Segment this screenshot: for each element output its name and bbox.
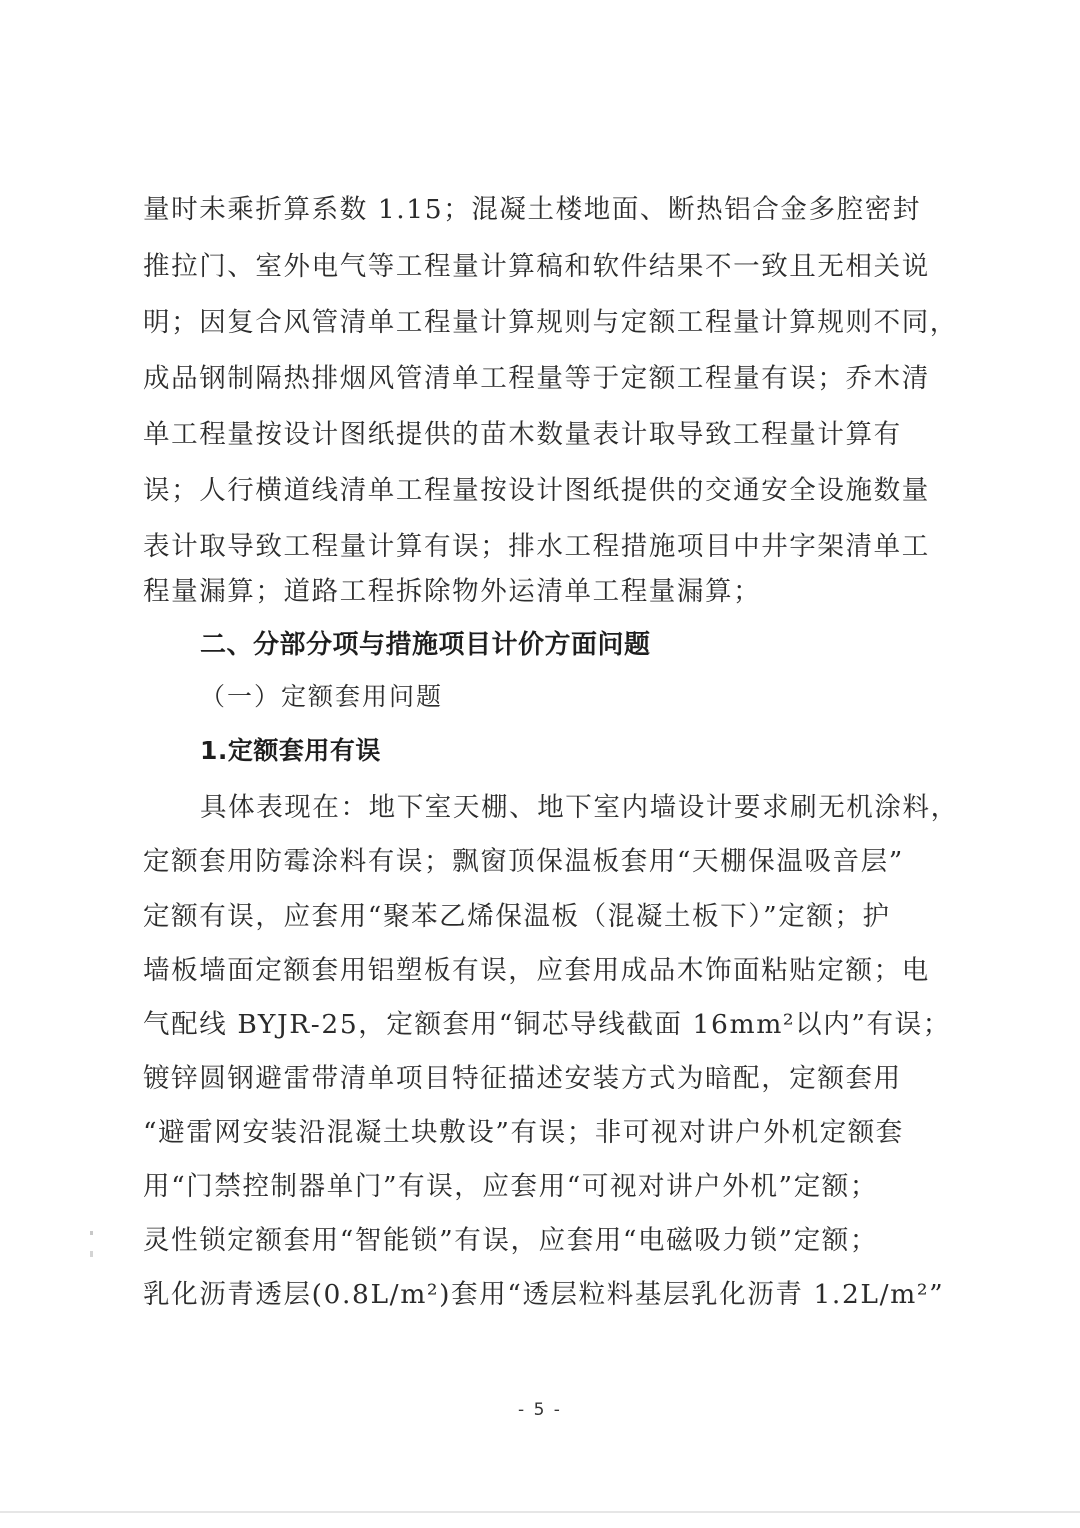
scan-artifact <box>90 1251 93 1257</box>
section-heading: 二、分部分项与措施项目计价方面问题 <box>200 618 651 672</box>
paragraph-1-line-5: 单工程量按设计图纸提供的苗木数量表计取导致工程量计算有 <box>143 408 943 462</box>
paragraph-2-line-3: 定额有误，应套用“聚苯乙烯保温板（混凝土板下）”定额；护 <box>143 890 943 944</box>
paragraph-2-line-4: 墙板墙面定额套用铝塑板有误，应套用成品木饰面粘贴定额；电 <box>143 944 943 998</box>
page-bottom-edge <box>0 1511 1080 1513</box>
paragraph-2-line-7: “避雷网安装沿混凝土块敷设”有误；非可视对讲户外机定额套 <box>143 1106 943 1160</box>
subsection-heading: （一）定额套用问题 <box>200 670 443 724</box>
paragraph-2-line-1: 具体表现在：地下室天棚、地下室内墙设计要求刷无机涂料， <box>200 781 945 835</box>
item-heading: 1.定额套用有误 <box>200 724 381 778</box>
paragraph-1-line-3: 明；因复合风管清单工程量计算规则与定额工程量计算规则不同， <box>143 296 943 350</box>
paragraph-2-line-2: 定额套用防霉涂料有误；飘窗顶保温板套用“天棚保温吸音层” <box>143 835 943 889</box>
paragraph-1-line-4: 成品钢制隔热排烟风管清单工程量等于定额工程量有误；乔木清 <box>143 352 943 406</box>
scan-artifact <box>90 1231 93 1235</box>
paragraph-1-line-2: 推拉门、室外电气等工程量计算稿和软件结果不一致且无相关说 <box>143 240 943 294</box>
paragraph-1-line-1: 量时未乘折算系数 1.15；混凝土楼地面、断热铝合金多腔密封 <box>143 183 943 237</box>
paragraph-2-line-5: 气配线 BYJR-25，定额套用“铜芯导线截面 16mm²以内”有误； <box>143 998 943 1052</box>
paragraph-1-line-8: 程量漏算；道路工程拆除物外运清单工程量漏算； <box>143 565 943 619</box>
document-page: 量时未乘折算系数 1.15；混凝土楼地面、断热铝合金多腔密封 推拉门、室外电气等… <box>0 0 1080 1528</box>
paragraph-2-line-6: 镀锌圆钢避雷带清单项目特征描述安装方式为暗配，定额套用 <box>143 1052 943 1106</box>
paragraph-2-line-8: 用“门禁控制器单门”有误，应套用“可视对讲户外机”定额； <box>143 1160 943 1214</box>
paragraph-2-line-10: 乳化沥青透层(0.8L/m²)套用“透层粒料基层乳化沥青 1.2L/m²” <box>143 1268 943 1322</box>
page-number: - 5 - <box>0 1400 1080 1420</box>
paragraph-2-line-9: 灵性锁定额套用“智能锁”有误，应套用“电磁吸力锁”定额； <box>143 1214 943 1268</box>
paragraph-1-line-6: 误；人行横道线清单工程量按设计图纸提供的交通安全设施数量 <box>143 464 943 518</box>
